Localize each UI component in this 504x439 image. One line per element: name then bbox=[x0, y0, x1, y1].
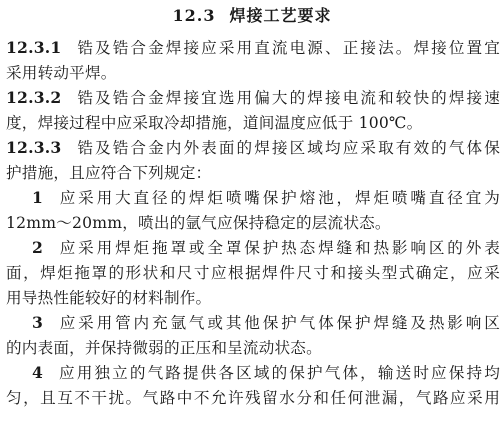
item-3-line-2: 的内表面，并保持微弱的正压和呈流动状态。 bbox=[6, 336, 500, 360]
item-text: 应用独立的气路提供各区域的保护气体，输送时应保持均 bbox=[57, 364, 500, 382]
section-heading: 12.3焊接工艺要求 bbox=[0, 4, 504, 28]
item-1-line-1: 1应采用大直径的焊炬喷嘴保护熔池，焊炬喷嘴直径宜为 bbox=[6, 186, 500, 210]
clause-12-3-1-line-1: 12.3.1锆及锆合金焊接应采用直流电源、正接法。焊接位置宜 bbox=[6, 36, 500, 60]
clause-number: 12.3.1 bbox=[6, 38, 61, 57]
clause-12-3-1-line-2: 采用转动平焊。 bbox=[6, 61, 500, 85]
clause-text: 采用转动平焊。 bbox=[6, 64, 117, 82]
clause-12-3-2-line-2: 度，焊接过程中应采取冷却措施，道间温度应低于 100℃。 bbox=[6, 111, 500, 135]
item-text: 面，焊炬拖罩的形状和尺寸应根据焊件尺寸和接头型式确定，应采 bbox=[6, 264, 500, 282]
clause-12-3-3-line-1: 12.3.3锆及锆合金内外表面的焊接区域均应采取有效的气体保 bbox=[6, 136, 500, 160]
clause-number: 12.3.2 bbox=[6, 88, 61, 107]
clause-text: 锆及锆合金焊接应采用直流电源、正接法。焊接位置宜 bbox=[75, 39, 500, 57]
document-page: 12.3焊接工艺要求 12.3.1锆及锆合金焊接应采用直流电源、正接法。焊接位置… bbox=[0, 0, 504, 439]
item-2-line-3: 用导热性能较好的材料制作。 bbox=[6, 286, 500, 310]
item-text: 的内表面，并保持微弱的正压和呈流动状态。 bbox=[6, 339, 322, 357]
clause-12-3-2-line-1: 12.3.2锆及锆合金焊接宜选用偏大的焊接电流和较快的焊接速 bbox=[6, 86, 500, 110]
item-number: 2 bbox=[32, 238, 43, 257]
item-4-line-2: 匀，且互不干扰。气路中不允许残留水分和任何泄漏，气路应采用 bbox=[6, 386, 500, 410]
item-text: 应采用大直径的焊炬喷嘴保护熔池，焊炬喷嘴直径宜为 bbox=[57, 189, 500, 207]
item-2-line-2: 面，焊炬拖罩的形状和尺寸应根据焊件尺寸和接头型式确定，应采 bbox=[6, 261, 500, 285]
item-number: 1 bbox=[32, 188, 43, 207]
clause-12-3-3-line-2: 护措施，且应符合下列规定： bbox=[6, 161, 500, 185]
section-number: 12.3 bbox=[173, 6, 216, 25]
item-text: 12mm～20mm，喷出的氩气应保持稳定的层流状态。 bbox=[6, 214, 391, 232]
item-4-line-1: 4应用独立的气路提供各区域的保护气体，输送时应保持均 bbox=[6, 361, 500, 385]
section-title: 焊接工艺要求 bbox=[229, 6, 331, 25]
item-2-line-1: 2应采用焊炬拖罩或全罩保护热态焊缝和热影响区的外表 bbox=[6, 236, 500, 260]
item-text: 用导热性能较好的材料制作。 bbox=[6, 289, 211, 307]
clause-text: 锆及锆合金内外表面的焊接区域均应采取有效的气体保 bbox=[75, 139, 500, 157]
clause-number: 12.3.3 bbox=[6, 138, 61, 157]
clause-text: 护措施，且应符合下列规定： bbox=[6, 164, 211, 182]
item-text: 匀，且互不干扰。气路中不允许残留水分和任何泄漏，气路应采用 bbox=[6, 389, 500, 407]
item-3-line-1: 3应采用管内充氩气或其他保护气体保护焊缝及热影响区 bbox=[6, 311, 500, 335]
item-text: 应采用焊炬拖罩或全罩保护热态焊缝和热影响区的外表 bbox=[57, 239, 500, 257]
clause-text: 度，焊接过程中应采取冷却措施，道间温度应低于 100℃。 bbox=[6, 114, 422, 132]
item-text: 应采用管内充氩气或其他保护气体保护焊缝及热影响区 bbox=[57, 314, 500, 332]
clause-text: 锆及锆合金焊接宜选用偏大的焊接电流和较快的焊接速 bbox=[75, 89, 500, 107]
item-number: 4 bbox=[32, 363, 43, 382]
item-number: 3 bbox=[32, 313, 43, 332]
item-1-line-2: 12mm～20mm，喷出的氩气应保持稳定的层流状态。 bbox=[6, 211, 500, 235]
